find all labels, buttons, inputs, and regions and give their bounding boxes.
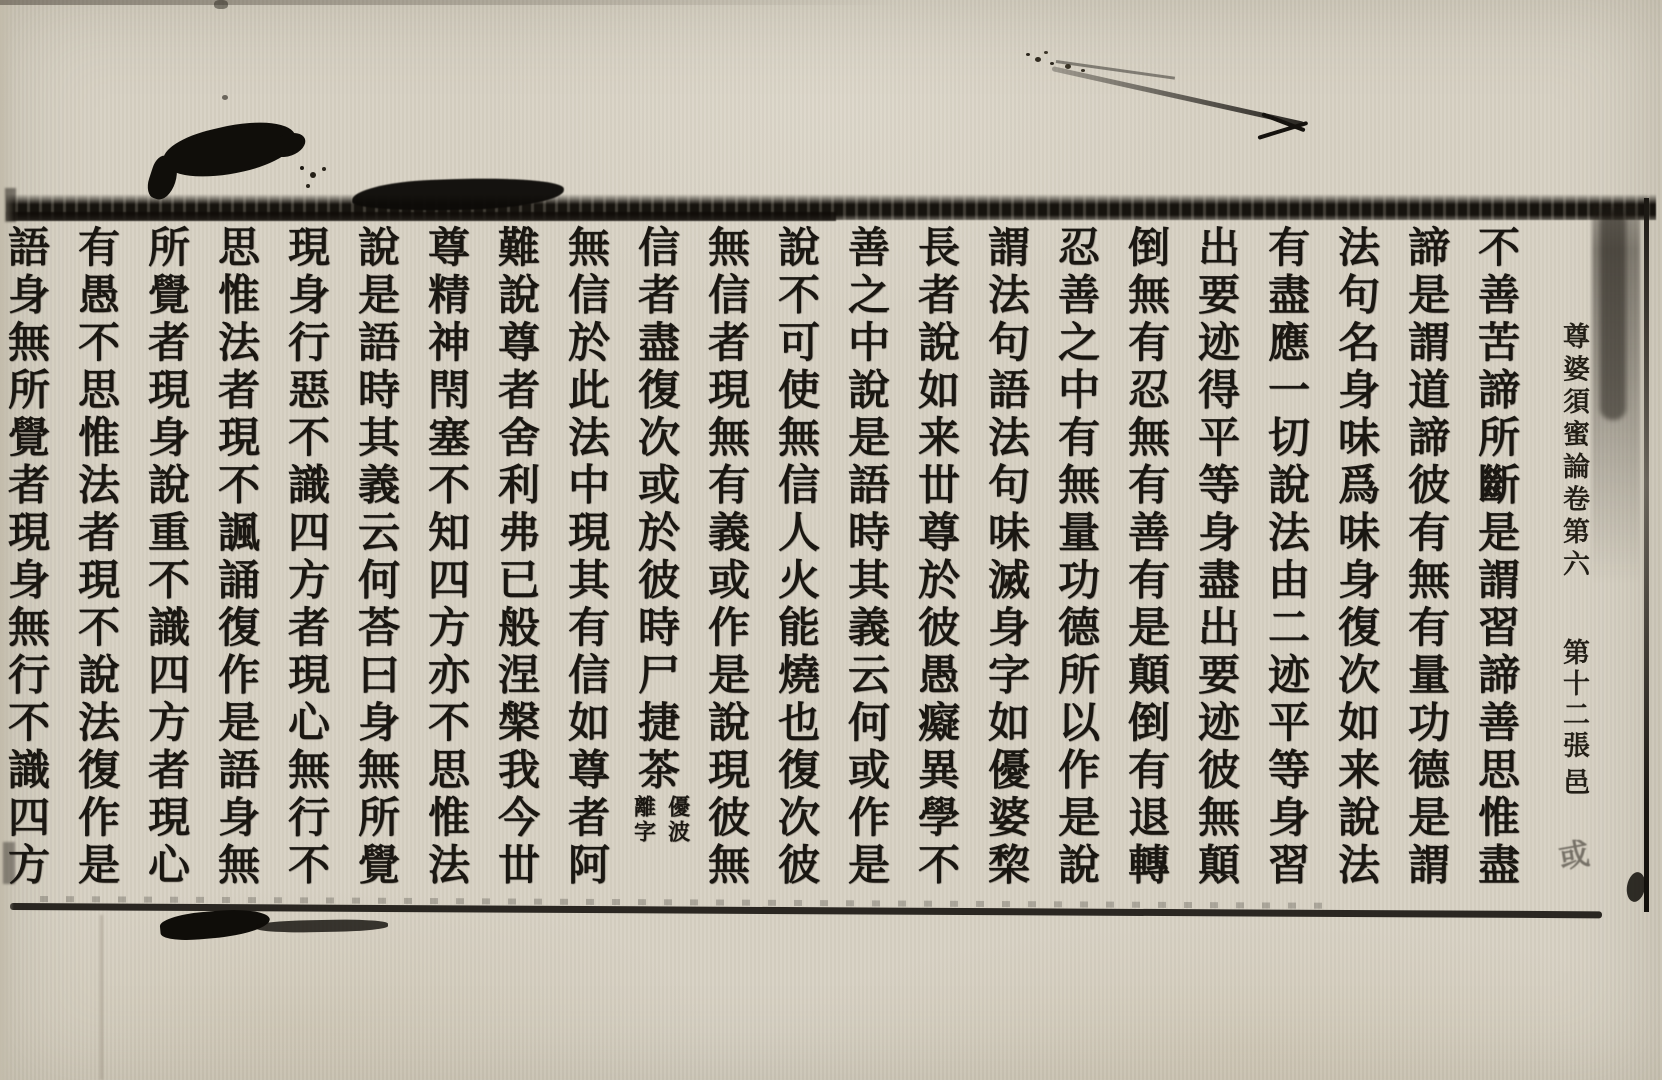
column-text: 難說尊者舍利弗已般涅槃我今丗 bbox=[492, 225, 541, 890]
text-column: 信者盡復次或於彼時尸捷茶優波離字 bbox=[626, 225, 696, 905]
column-text: 現身行惡不識四方者現心無行不 bbox=[282, 225, 331, 890]
text-column: 所覺者現身說重不識四方者現心 bbox=[136, 225, 206, 905]
column-text: 善之中說是語時其義云何或作是 bbox=[842, 225, 891, 890]
ink-specks-top-right bbox=[1026, 53, 1030, 56]
interlinear-gloss: 優波離字 bbox=[626, 795, 696, 845]
text-column: 尊精神閇塞不知四方亦不思惟法 bbox=[416, 225, 486, 905]
column-text: 說不可使無信人火能燒也復次彼 bbox=[772, 225, 821, 890]
text-column: 諦是謂道諦彼有無有量功德是謂 bbox=[1396, 225, 1466, 905]
column-text: 無信者現無有義或作是說現彼無 bbox=[702, 225, 751, 890]
ink-dot-upper-left bbox=[222, 95, 228, 100]
text-column: 倒無有忍無有善有是顛倒有退轉 bbox=[1116, 225, 1186, 905]
column-text: 謂法句語法句味滅身字如優婆棃 bbox=[982, 225, 1031, 890]
text-column: 出要迹得平等身盡出要迹彼無顛 bbox=[1186, 225, 1256, 905]
sheet-number: 第十二張 bbox=[1558, 638, 1589, 762]
text-column: 難說尊者舍利弗已般涅槃我今丗 bbox=[486, 225, 556, 905]
volume-title: 尊婆須蜜論卷第六 bbox=[1558, 322, 1589, 582]
ink-blob-bottom-left-extension bbox=[256, 919, 388, 933]
ink-tick-left-upper bbox=[5, 188, 16, 222]
top-border-rule-thick-segment bbox=[6, 212, 836, 221]
text-column: 語身無所覺者現身無行不識四方 bbox=[0, 225, 66, 905]
text-column: 現身行惡不識四方者現心無行不 bbox=[276, 225, 346, 905]
volume-header-column: 尊婆須蜜論卷第六第十二張邑 bbox=[1537, 322, 1593, 822]
top-paper-edge bbox=[0, 0, 900, 5]
text-column: 忍善之中有無量功德所以作是說 bbox=[1046, 225, 1116, 905]
column-text: 無信於此法中現其有信如尊者阿 bbox=[562, 225, 611, 890]
case-mark: 邑 bbox=[1558, 768, 1589, 795]
text-column: 說是語時其義云何荅曰身無所覺 bbox=[346, 225, 416, 905]
ink-blob-bottom-left bbox=[159, 906, 271, 942]
text-column: 善之中說是語時其義云何或作是 bbox=[836, 225, 906, 905]
column-text: 法句名身味爲味身復次如来說法 bbox=[1332, 225, 1381, 890]
text-column: 說不可使無信人火能燒也復次彼 bbox=[766, 225, 836, 905]
column-text: 有愚不思惟法者現不說法復作是 bbox=[72, 225, 121, 890]
column-text: 尊精神閇塞不知四方亦不思惟法 bbox=[422, 225, 471, 890]
column-text: 所覺者現身說重不識四方者現心 bbox=[142, 225, 191, 890]
collation-mark: 或 bbox=[1546, 836, 1595, 873]
column-text: 忍善之中有無量功德所以作是說 bbox=[1052, 225, 1101, 890]
text-column: 思惟法者現不諷誦復作是語身無 bbox=[206, 225, 276, 905]
column-text: 思惟法者現不諷誦復作是語身無 bbox=[212, 225, 261, 890]
ink-specks-top-left bbox=[300, 166, 304, 170]
text-block: 不善苦諦所斷是謂習諦善思惟盡諦是謂道諦彼有無有量功德是謂法句名身味爲味身復次如来… bbox=[24, 225, 1536, 905]
column-text: 有盡應一切說法由二迹平等身習 bbox=[1262, 225, 1311, 890]
text-column: 有盡應一切說法由二迹平等身習 bbox=[1256, 225, 1326, 905]
right-ink-bleed-core bbox=[1600, 210, 1626, 420]
right-frame-line bbox=[1644, 198, 1649, 912]
column-text: 出要迹得平等身盡出要迹彼無顛 bbox=[1192, 225, 1241, 890]
column-text: 長者說如来丗尊於彼愚癡異學不 bbox=[912, 225, 961, 890]
gloss-line: 優波 bbox=[663, 795, 694, 845]
column-text: 諦是謂道諦彼有無有量功德是謂 bbox=[1402, 225, 1451, 890]
gloss-line: 離字 bbox=[629, 795, 660, 845]
column-text: 語身無所覺者現身無行不識四方 bbox=[2, 225, 51, 890]
text-column: 長者說如来丗尊於彼愚癡異學不 bbox=[906, 225, 976, 905]
paper-crease-bottom-margin bbox=[100, 915, 103, 1080]
text-column: 有愚不思惟法者現不說法復作是 bbox=[66, 225, 136, 905]
column-text: 不善苦諦所斷是謂習諦善思惟盡 bbox=[1472, 225, 1521, 890]
text-column: 無信於此法中現其有信如尊者阿 bbox=[556, 225, 626, 905]
text-column: 不善苦諦所斷是謂習諦善思惟盡 bbox=[1466, 225, 1536, 905]
text-column: 無信者現無有義或作是說現彼無 bbox=[696, 225, 766, 905]
column-text: 信者盡復次或於彼時尸捷茶 bbox=[632, 225, 681, 795]
text-column: 法句名身味爲味身復次如来說法 bbox=[1326, 225, 1396, 905]
ink-tick-top-edge bbox=[214, 0, 228, 9]
column-text: 說是語時其義云何荅曰身無所覺 bbox=[352, 225, 401, 890]
scanned-sutra-page: 尊婆須蜜論卷第六第十二張邑 或 不善苦諦所斷是謂習諦善思惟盡諦是謂道諦彼有無有量… bbox=[0, 0, 1662, 1080]
text-column: 謂法句語法句味滅身字如優婆棃 bbox=[976, 225, 1046, 905]
column-text: 倒無有忍無有善有是顛倒有退轉 bbox=[1122, 225, 1171, 890]
